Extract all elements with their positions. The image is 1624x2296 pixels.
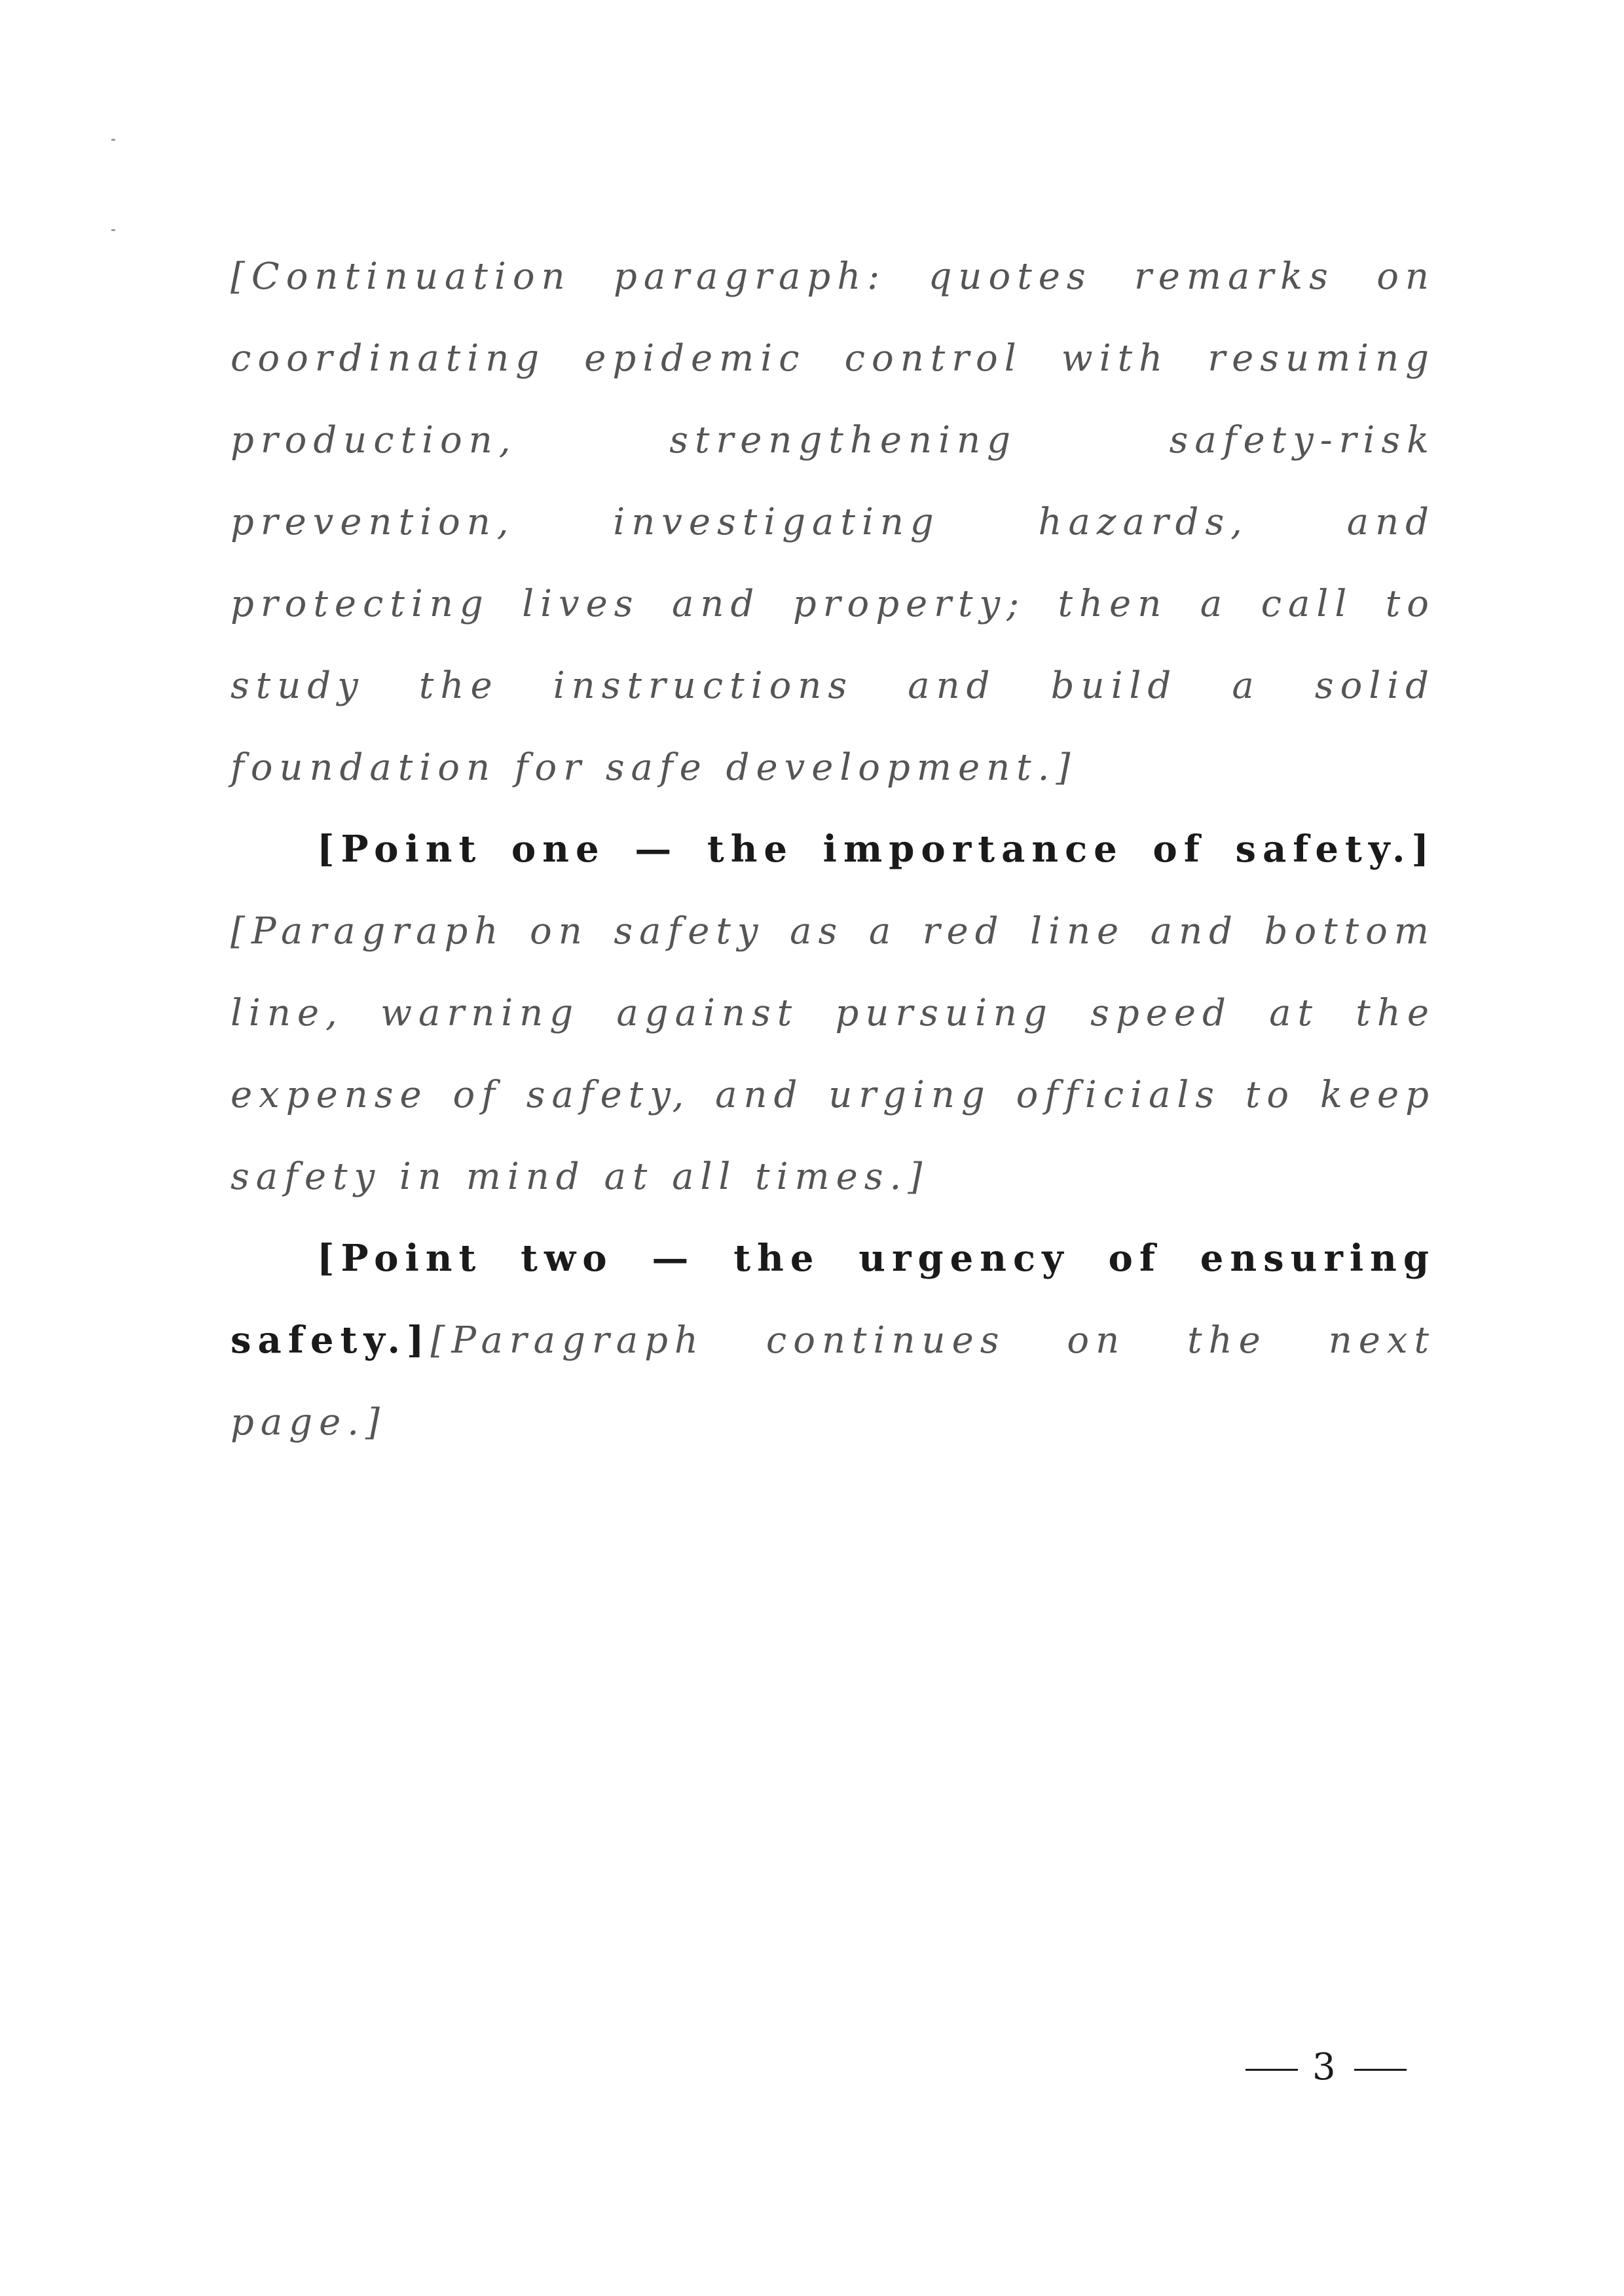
- page-number-footer: 3: [1231, 2046, 1421, 2088]
- paragraph-text: [Paragraph on safety as a red line and b…: [231, 910, 1435, 1198]
- scan-mark-second: [111, 229, 115, 231]
- paragraph-lead-sentence: [Point one — the importance of safety.]: [317, 828, 1435, 871]
- paragraph-continuation: [Continuation paragraph: quotes remarks …: [231, 236, 1435, 809]
- page-number: 3: [1312, 2046, 1340, 2088]
- paragraph-point-one: [Point one — the importance of safety.][…: [231, 809, 1435, 1218]
- paragraph-point-two: [Point two — the urgency of ensuring saf…: [231, 1218, 1435, 1463]
- paragraph-text: [Continuation paragraph: quotes remarks …: [231, 255, 1435, 789]
- document-body: [Continuation paragraph: quotes remarks …: [231, 236, 1435, 1463]
- dash-right: [1354, 2069, 1407, 2071]
- scan-mark-top: [111, 139, 115, 141]
- dash-left: [1246, 2069, 1298, 2071]
